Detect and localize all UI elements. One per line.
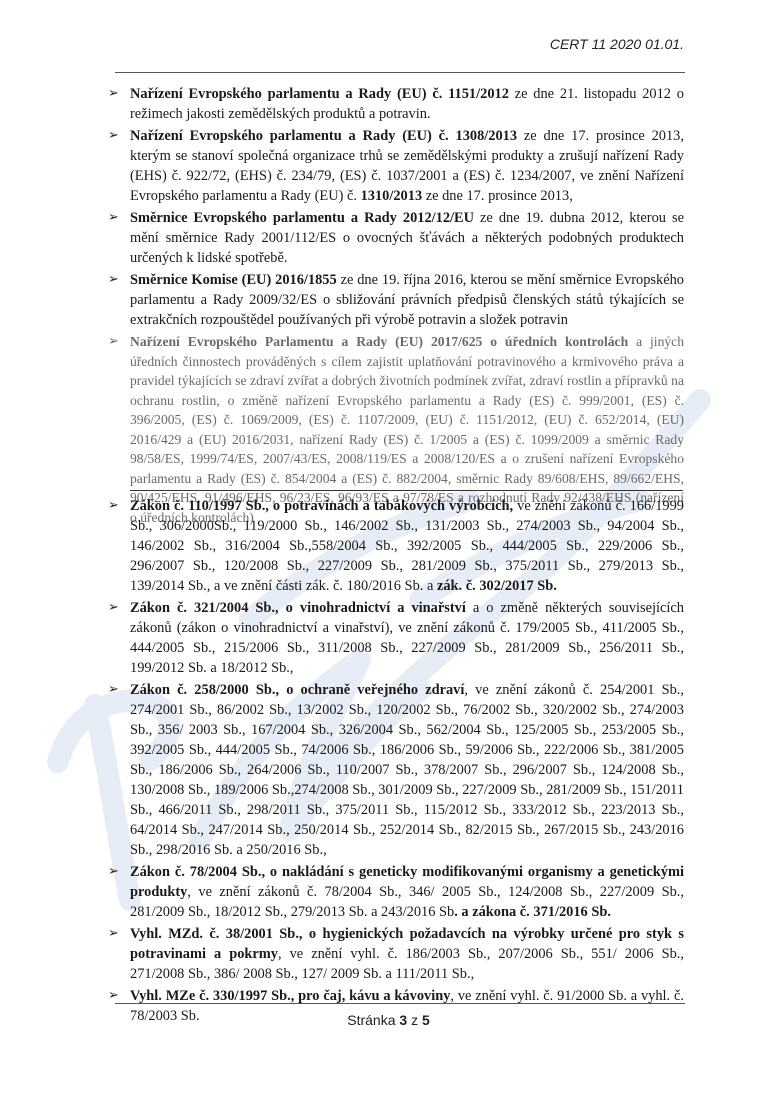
item-text: ze dne 17. prosince 2013, xyxy=(422,188,573,204)
item-title: 1310/2013 xyxy=(361,188,423,204)
list-item: ➢Zákon č. 258/2000 Sb., o ochraně veřejn… xyxy=(108,680,684,860)
item-title: Směrnice Evropského parlamentu a Rady 20… xyxy=(130,210,474,226)
item-title: Zákon č. 258/2000 Sb., o ochraně veřejné… xyxy=(130,682,464,698)
list-item: ➢Zákon č. 78/2004 Sb., o nakládání s gen… xyxy=(108,862,684,922)
list-item: ➢Vyhl. MZe č. 330/1997 Sb., pro čaj, káv… xyxy=(108,986,684,1026)
list-item: ➢Zákon č. 321/2004 Sb., o vinohradnictví… xyxy=(108,598,684,678)
item-title: Zákon č. 321/2004 Sb., o vinohradnictví … xyxy=(130,600,466,616)
item-title: Nařízení Evropského Parlamentu a Rady (E… xyxy=(130,334,628,349)
item-title: Nařízení Evropského parlamentu a Rady (E… xyxy=(130,86,509,102)
regulations-list-eu: ➢Nařízení Evropského parlamentu a Rady (… xyxy=(108,84,684,529)
item-text: , ve znění zákonů č. 254/2001 Sb., 274/2… xyxy=(130,682,684,858)
item-title: zák. č. 302/2017 Sb. xyxy=(437,578,557,594)
item-title: Nařízení Evropského parlamentu a Rady (E… xyxy=(130,128,517,144)
arrow-bullet-icon: ➢ xyxy=(108,208,119,228)
arrow-bullet-icon: ➢ xyxy=(108,332,119,352)
item-title: Vyhl. MZe č. 330/1997 Sb., pro čaj, kávu… xyxy=(130,988,450,1004)
arrow-bullet-icon: ➢ xyxy=(108,270,119,290)
list-item: ➢Nařízení Evropského parlamentu a Rady (… xyxy=(108,84,684,124)
list-item: ➢Směrnice Komise (EU) 2016/1855 ze dne 1… xyxy=(108,270,684,330)
list-item: ➢Vyhl. MZd. č. 38/2001 Sb., o hygienický… xyxy=(108,924,684,984)
list-item: ➢Nařízení Evropského parlamentu a Rady (… xyxy=(108,126,684,206)
section-divider xyxy=(130,490,683,491)
item-title: Zákon č. 110/1997 Sb., o potravinách a t… xyxy=(130,498,513,514)
arrow-bullet-icon: ➢ xyxy=(108,680,119,700)
list-item: ➢Směrnice Evropského parlamentu a Rady 2… xyxy=(108,208,684,268)
document-code: CERT 11 2020 01.01. xyxy=(550,36,684,52)
arrow-bullet-icon: ➢ xyxy=(108,924,119,944)
arrow-bullet-icon: ➢ xyxy=(108,986,119,1006)
item-title: Směrnice Komise (EU) 2016/1855 xyxy=(130,272,337,288)
arrow-bullet-icon: ➢ xyxy=(108,862,119,882)
item-title: . a zákona č. 371/2016 Sb. xyxy=(454,904,611,920)
arrow-bullet-icon: ➢ xyxy=(108,84,119,104)
arrow-bullet-icon: ➢ xyxy=(108,496,119,516)
arrow-bullet-icon: ➢ xyxy=(108,598,119,618)
header-divider xyxy=(115,72,685,73)
regulations-list-national: ➢Zákon č. 110/1997 Sb., o potravinách a … xyxy=(108,496,684,1028)
list-item: ➢Zákon č. 110/1997 Sb., o potravinách a … xyxy=(108,496,684,596)
arrow-bullet-icon: ➢ xyxy=(108,126,119,146)
